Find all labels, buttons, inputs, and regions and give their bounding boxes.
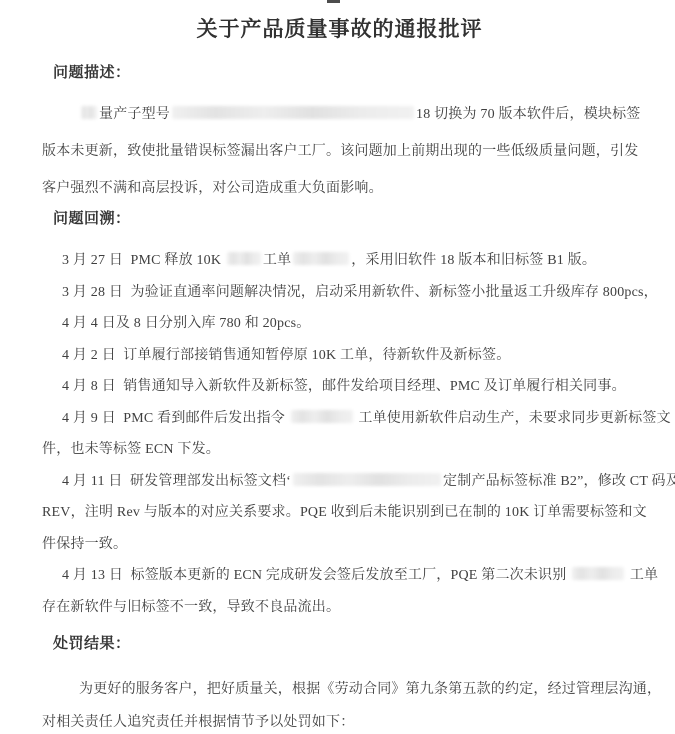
section-heading: 问题回溯： <box>53 208 637 230</box>
text-segment: 量产子型号 <box>99 107 170 122</box>
text-segment: 3 月 28 日 为验证直通率问题解决情况，启动采用新软件、新标签小批量返工升级… <box>62 285 658 300</box>
text-segment: 件保持一致。 <box>42 537 127 552</box>
text-line: 量产子型号18 切换为 70 版本软件后，模块标签 <box>42 96 637 133</box>
text-line: 3 月 28 日 为验证直通率问题解决情况，启动采用新软件、新标签小批量返工升级… <box>42 277 637 309</box>
text-line: 4 月 8 日 销售通知导入新软件及新标签，邮件发给项目经理、PMC 及订单履行… <box>42 371 637 403</box>
text-segment: 对相关责任人追究责任并根据情节予以处罚如下： <box>42 715 354 730</box>
text-line: 版本未更新，致使批量错误标签漏出客户工厂。该问题加上前期出现的一些低级质量问题，… <box>42 133 637 170</box>
text-line: 件，也未等标签 ECN 下发。 <box>42 434 637 466</box>
text-line: 存在新软件与旧标签不一致，导致不良品流出。 <box>42 592 637 624</box>
text-segment: 18 切换为 70 版本软件后，模块标签 <box>416 107 641 122</box>
text-segment: 存在新软件与旧标签不一致，导致不良品流出。 <box>42 600 340 615</box>
text-line: 4 月 11 日 研发管理部发出标签文档‘定制产品标签标准 B2”，修改 CT … <box>42 466 637 498</box>
text-segment: 定制产品标签标准 B2”，修改 CT 码及 <box>443 474 675 489</box>
text-segment: 3 月 27 日 PMC 释放 10K <box>62 253 225 268</box>
text-segment: 4 月 11 日 研发管理部发出标签文档‘ <box>62 474 291 489</box>
text-segment: 客户强烈不满和高层投诉，对公司造成重大负面影响。 <box>42 181 383 196</box>
text-segment: 为更好的服务客户，把好质量关，根据《劳动合同》第九条第五款的约定，经过管理层沟通… <box>79 682 661 697</box>
text-segment: 4 月 13 日 标签版本更新的 ECN 完成研发会签后发放至工厂，PQE 第二… <box>62 568 570 583</box>
text-line: 3 月 27 日 PMC 释放 10K 工单，采用旧软件 18 版本和旧标签 B… <box>42 245 637 277</box>
text-segment: 工单使用新软件启动生产，未要求同步更新标签文 <box>355 411 671 426</box>
redacted-text <box>81 106 97 119</box>
text-segment: 4 月 2 日 订单履行部接销售通知暂停原 10K 工单，待新软件及新标签。 <box>62 348 510 363</box>
text-line: 4 月 2 日 订单履行部接销售通知暂停原 10K 工单，待新软件及新标签。 <box>42 340 637 372</box>
document-page: 关于产品质量事故的通报批评 问题描述：量产子型号18 切换为 70 版本软件后，… <box>0 0 675 734</box>
text-line: REV，注明 Rev 与版本的对应关系要求。PQE 收到后未能识别到已在制的 1… <box>42 497 637 529</box>
redacted-text <box>227 252 261 265</box>
text-line: 4 月 9 日 PMC 看到邮件后发出指令 工单使用新软件启动生产，未要求同步更… <box>42 403 637 435</box>
text-segment: 4 月 9 日 PMC 看到邮件后发出指令 <box>62 411 289 426</box>
page-top-mark <box>327 0 340 3</box>
redacted-text <box>572 567 624 580</box>
section-heading: 问题描述： <box>53 62 637 84</box>
redacted-text <box>172 106 414 119</box>
document-blocks: 问题描述：量产子型号18 切换为 70 版本软件后，模块标签版本未更新，致使批量… <box>42 62 637 734</box>
document-content: 关于产品质量事故的通报批评 问题描述：量产子型号18 切换为 70 版本软件后，… <box>0 0 675 734</box>
redacted-text <box>293 473 441 486</box>
text-segment: REV，注明 Rev 与版本的对应关系要求。PQE 收到后未能识别到已在制的 1… <box>42 505 647 520</box>
text-segment: 件，也未等标签 ECN 下发。 <box>42 442 220 457</box>
redacted-text <box>291 410 353 423</box>
text-segment: 工单 <box>626 568 658 583</box>
text-segment: 4 月 4 日及 8 日分别入库 780 和 20pcs。 <box>62 316 310 331</box>
text-segment: 4 月 8 日 销售通知导入新软件及新标签，邮件发给项目经理、PMC 及订单履行… <box>62 379 626 394</box>
text-segment: 版本未更新，致使批量错误标签漏出客户工厂。该问题加上前期出现的一些低级质量问题，… <box>42 144 638 159</box>
text-segment: 工单 <box>263 253 291 268</box>
document-title: 关于产品质量事故的通报批评 <box>42 0 637 44</box>
text-line: 件保持一致。 <box>42 529 637 561</box>
text-line: 客户强烈不满和高层投诉，对公司造成重大负面影响。 <box>42 170 637 207</box>
section-heading: 处罚结果： <box>53 633 637 655</box>
redacted-text <box>293 252 349 265</box>
text-line: 对相关责任人追究责任并根据情节予以处罚如下： <box>42 706 637 734</box>
text-segment: ，采用旧软件 18 版本和旧标签 B1 版。 <box>351 253 596 268</box>
text-line: 4 月 4 日及 8 日分别入库 780 和 20pcs。 <box>42 308 637 340</box>
text-line: 4 月 13 日 标签版本更新的 ECN 完成研发会签后发放至工厂，PQE 第二… <box>42 560 637 592</box>
text-line: 为更好的服务客户，把好质量关，根据《劳动合同》第九条第五款的约定，经过管理层沟通… <box>42 673 637 706</box>
